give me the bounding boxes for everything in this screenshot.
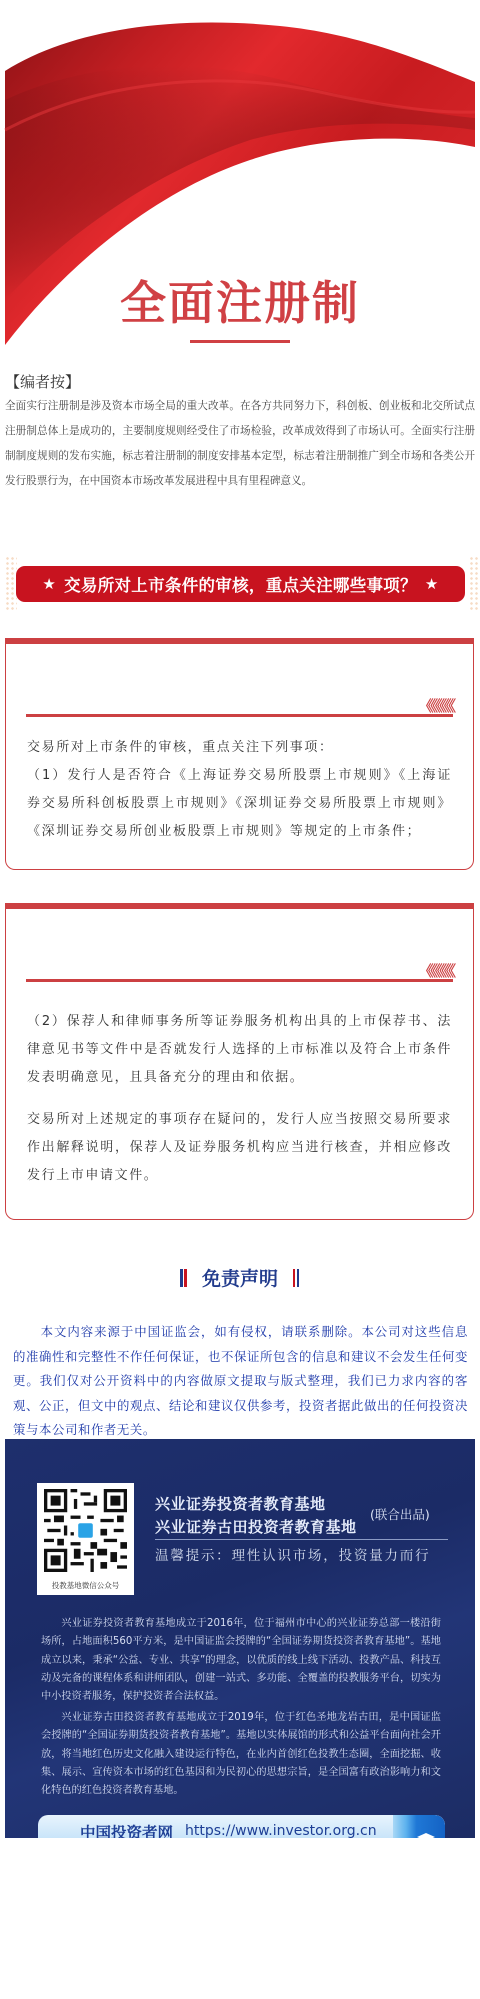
qr-caption: 投教基地微信公众号 [37, 1580, 134, 1591]
star-icon: ★ [425, 575, 439, 593]
card-divider [26, 979, 453, 982]
org-name-2: 兴业证券古田投资者教育基地 [155, 1516, 357, 1537]
qr-code[interactable]: 投教基地微信公众号 [37, 1483, 134, 1595]
card-paragraph: 交易所对上市条件的审核，重点关注下列事项： [27, 734, 452, 762]
book-icon [393, 1815, 445, 1838]
base-intro-2: 兴业证券古田投资者教育基地成立于2019年，位于红色圣地龙岩古田，是中国证监会授… [41, 1709, 441, 1800]
base-intro-1: 兴业证券投资者教育基地成立于2016年，位于福州市中心的兴业证券总部一楼沿街场所… [41, 1615, 441, 1706]
hero-banner: 全面注册制 [0, 0, 480, 360]
editor-note-heading: 【编者按】 [5, 370, 475, 394]
disclaimer-title-text: 免责声明 [202, 1268, 278, 1290]
double-bar-icon [180, 1269, 187, 1287]
chevron-left-icon: 《《《《《《 [418, 964, 453, 979]
dot-pattern-right [469, 556, 480, 612]
investment-tip: 温馨提示：理性认识市场，投资量力而行 [155, 1544, 430, 1564]
content-card-2: 《《《《《《 （2）保荐人和律师事务所等证券服务机构出具的上市保荐书、法律意见书… [5, 903, 474, 1220]
card-paragraph: （1）发行人是否符合《上海证券交易所股票上市规则》《上海证券交易所科创板股票上市… [27, 762, 452, 846]
double-bar-icon [293, 1269, 300, 1287]
graduation-cap-icon [393, 1815, 445, 1838]
star-icon: ★ [42, 575, 56, 593]
investor-site-url[interactable]: https://www.investor.org.cn [185, 1823, 377, 1838]
org-name-1: 兴业证券投资者教育基地 [155, 1493, 326, 1514]
card-paragraph: 交易所对上述规定的事项存在疑问的，发行人应当按照交易所要求作出解释说明，保荐人及… [27, 1106, 452, 1190]
card-paragraph: （2）保荐人和律师事务所等证券服务机构出具的上市保荐书、法律意见书等文件中是否就… [27, 1008, 452, 1092]
joint-production-label: (联合出品) [370, 1505, 430, 1523]
section-title-banner: ★ 交易所对上市条件的审核，重点关注哪些事项？ ★ [16, 566, 465, 602]
footer-divider [155, 1539, 448, 1540]
section-title: 交易所对上市条件的审核，重点关注哪些事项？ [64, 572, 417, 596]
investor-site-name: 中国投资者网 [80, 1821, 173, 1838]
card-divider [26, 714, 453, 717]
chevron-left-icon: 《《《《《《 [418, 699, 453, 714]
editor-note-body: 全面实行注册制是涉及资本市场全局的重大改革。在各方共同努力下，科创板、创业板和北… [5, 394, 475, 494]
content-card-1: 《《《《《《 交易所对上市条件的审核，重点关注下列事项： （1）发行人是否符合《… [5, 638, 474, 870]
investor-site-banner[interactable]: 中国投资者网 https://www.investor.org.cn 投资者自己… [38, 1815, 445, 1838]
qr-code-icon [44, 1489, 127, 1572]
page-title: 全面注册制 [0, 276, 480, 330]
title-underline [190, 340, 290, 343]
editor-note: 【编者按】 全面实行注册制是涉及资本市场全局的重大改革。在各方共同努力下，科创板… [5, 370, 475, 494]
investor-education-footer: 投教基地微信公众号 兴业证券投资者教育基地 兴业证券古田投资者教育基地 (联合出… [5, 1439, 475, 1838]
disclaimer-title: 免责声明 [0, 1266, 480, 1292]
disclaimer-text: 本文内容来源于中国证监会，如有侵权，请联系删除。本公司对这些信息的准确性和完整性… [13, 1320, 468, 1443]
